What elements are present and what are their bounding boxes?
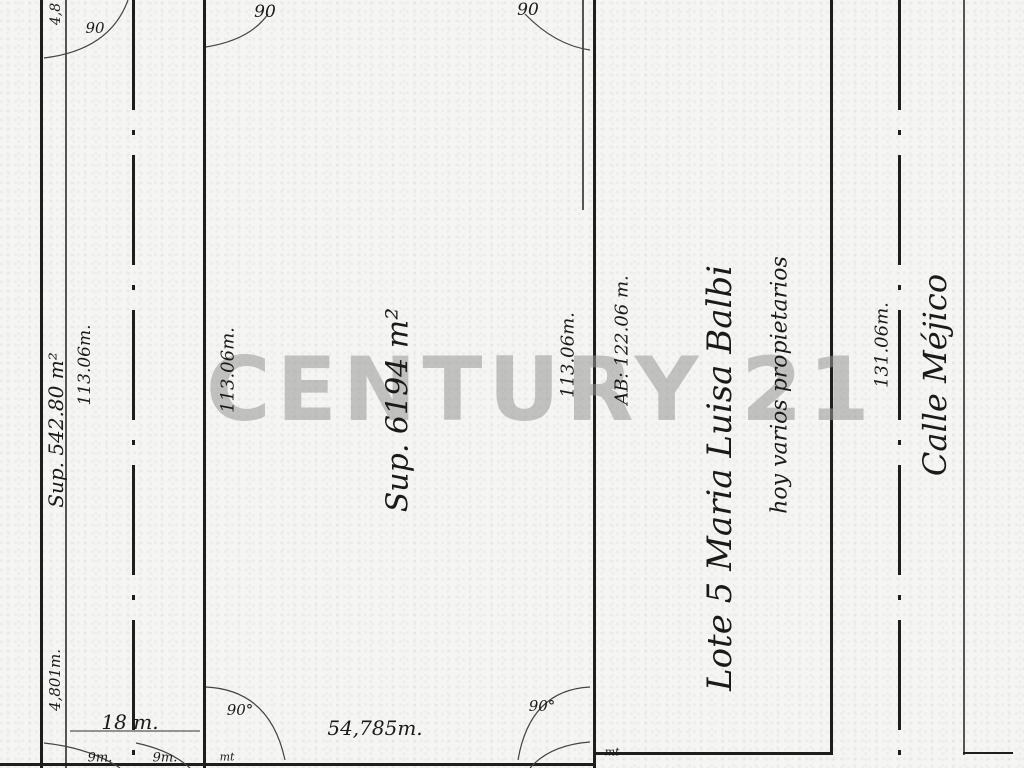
survey-plan: CENTURY 21 Sup. 542.80 m² 113.06m. 4,801… [0, 0, 1024, 768]
angle-label: 90° [529, 697, 556, 715]
main-lot-right-length: 113.06m. [558, 312, 579, 398]
strip-area-label: Sup. 542.80 m² [44, 352, 68, 507]
main-lot-front-length: 54,785m. [327, 716, 422, 740]
street-name: Calle Méjico [916, 274, 954, 476]
lot5-subtitle: hoy varios propietarios [768, 256, 793, 514]
angle-arcs [0, 0, 1024, 768]
monument-marker: mt [605, 746, 620, 759]
strip-top-width: 4,8 [48, 3, 64, 25]
strip-front-width: 4,801m. [46, 649, 64, 711]
lot5-title: Lote 5 Maria Luisa Balbi [700, 265, 740, 691]
angle-label: 90 [85, 19, 104, 37]
access-half-right: 9m. [153, 751, 178, 766]
street-length: 131.06m. [872, 302, 893, 388]
main-lot-left-length: 113.06m. [218, 327, 239, 413]
angle-label: 90 [517, 0, 539, 20]
main-lot-area: Sup. 6194 m² [381, 308, 416, 513]
angle-label: 90° [227, 701, 254, 719]
angle-label: 90 [254, 2, 276, 22]
access-half-left: 9m. [88, 751, 113, 766]
monument-marker: mt [220, 751, 235, 764]
access-width: 18 m. [101, 710, 158, 734]
lot5-side-ab: AB: 122.06 m. [612, 275, 633, 405]
strip-side-length: 113.06m. [75, 324, 95, 405]
